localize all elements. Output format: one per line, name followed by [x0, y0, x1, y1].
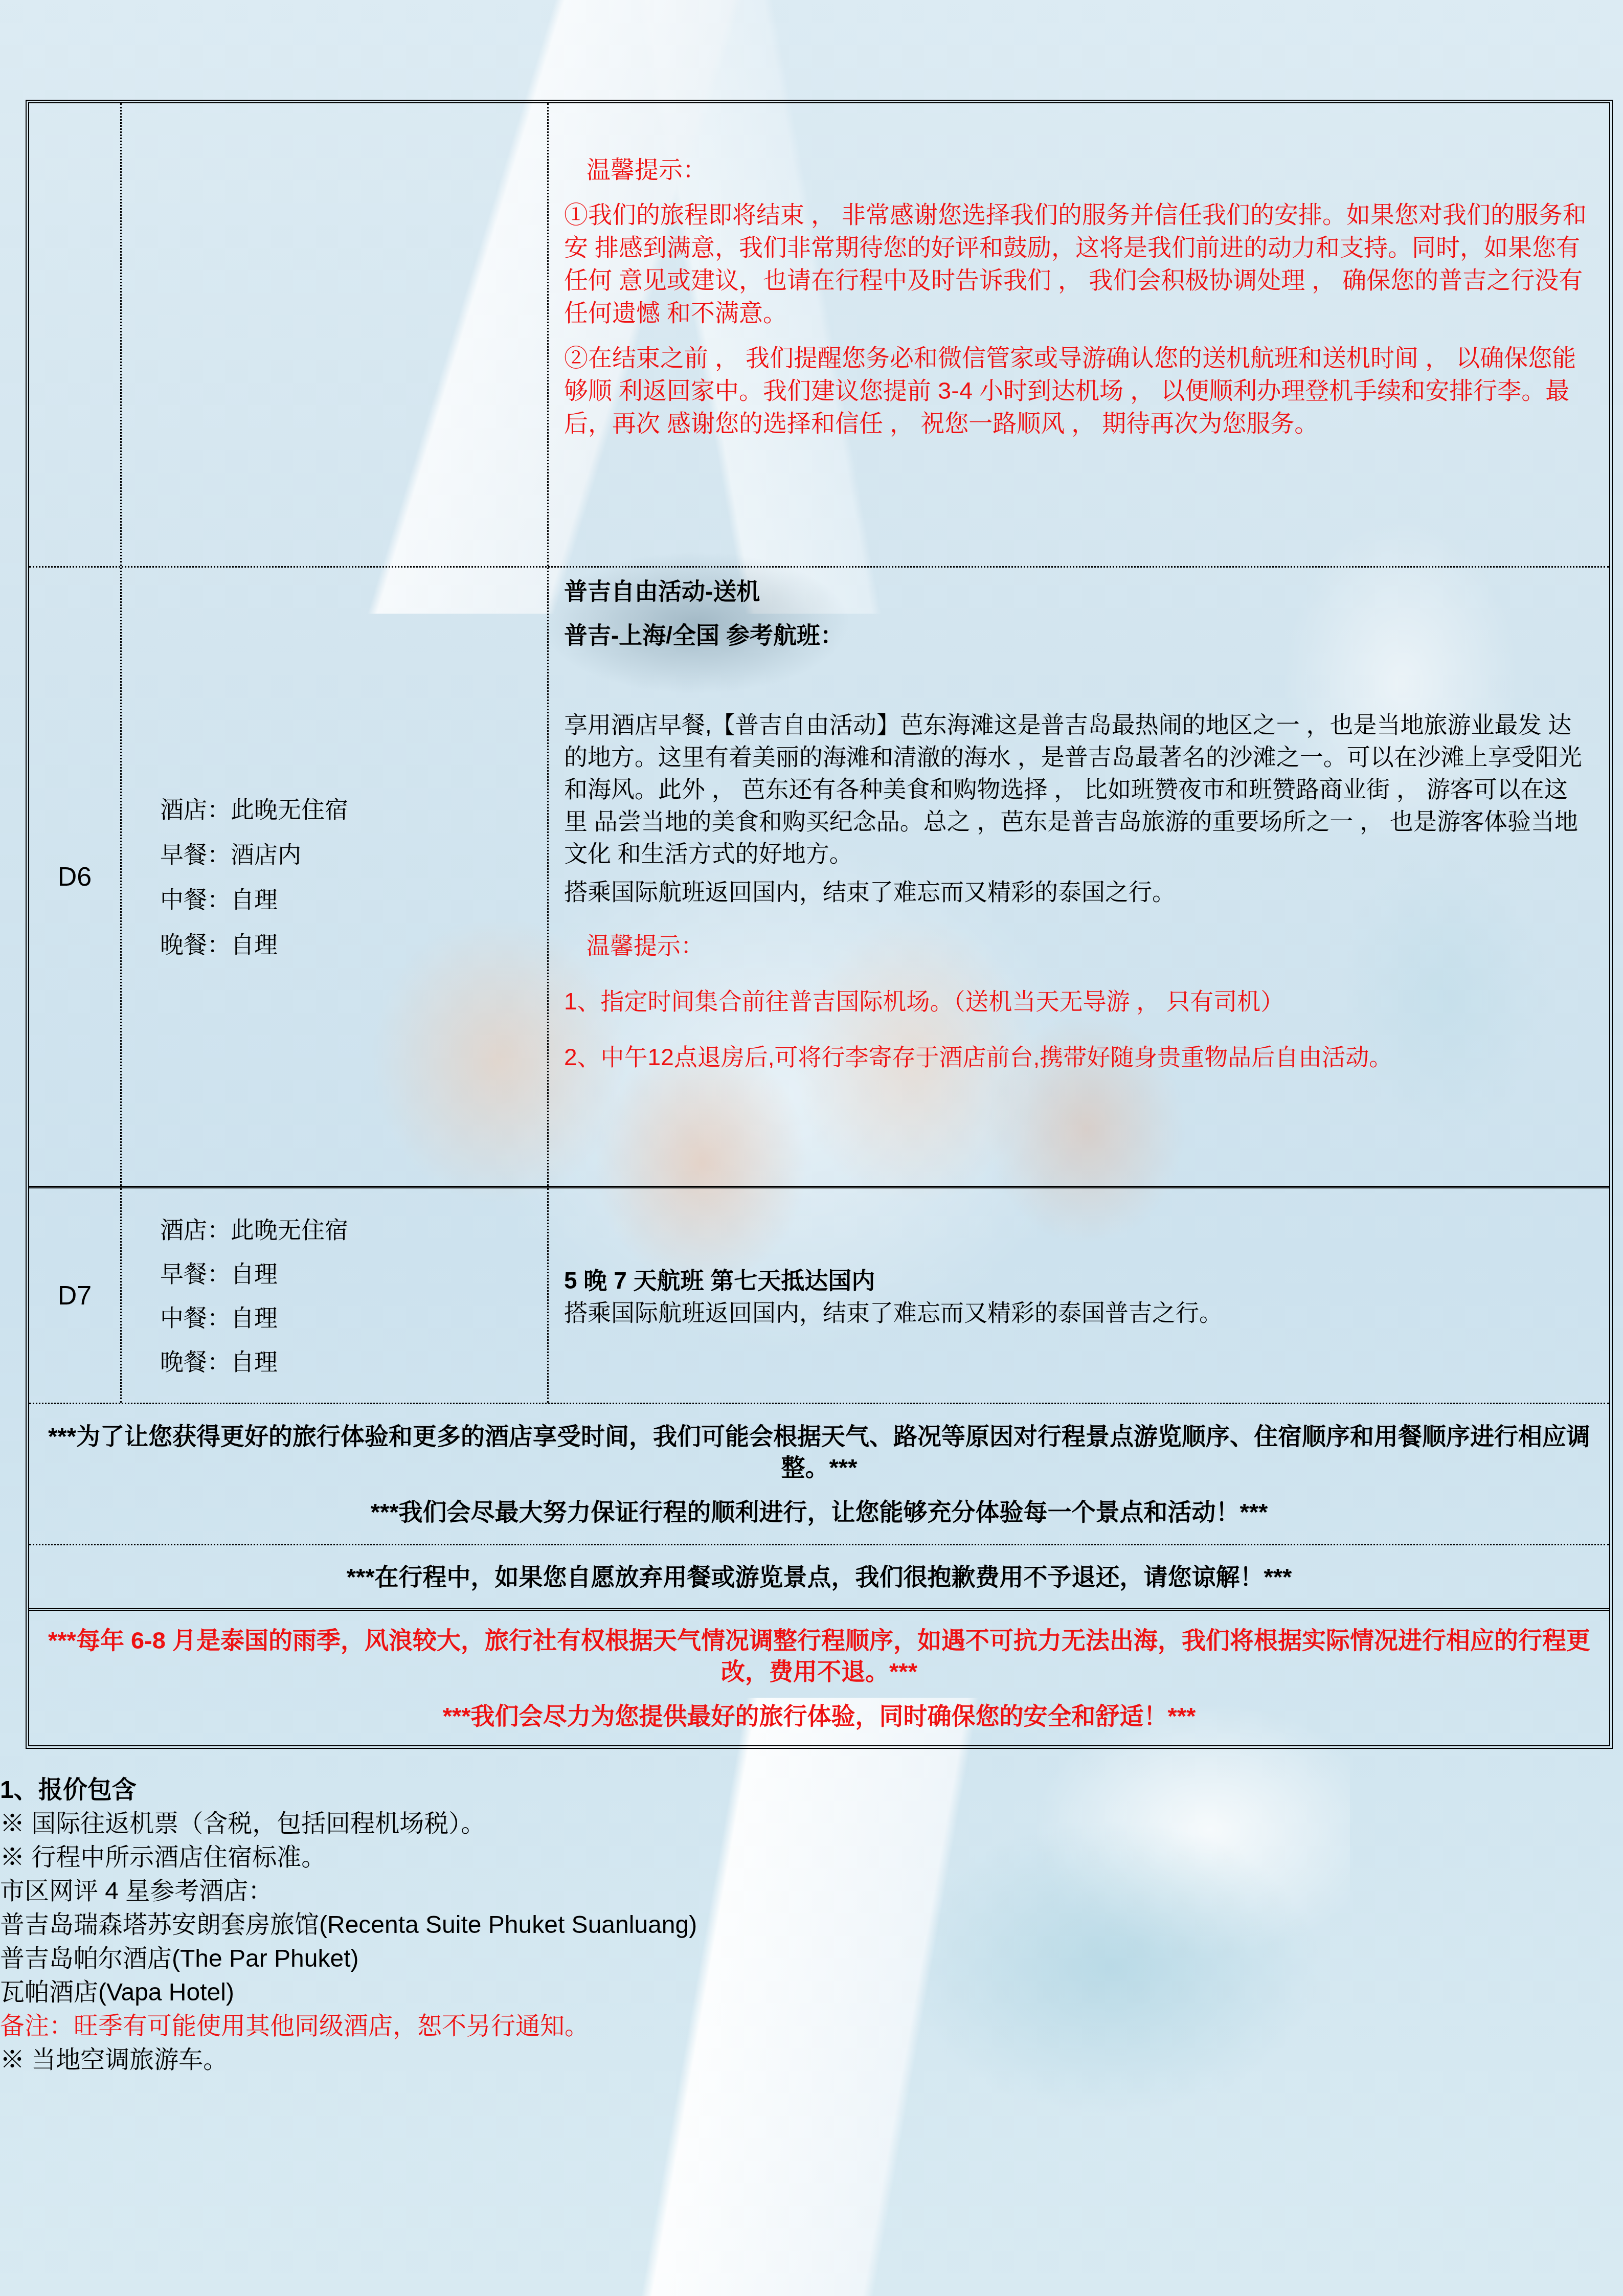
flight-info-blank-space — [564, 651, 1590, 709]
d6-tip-1: 1、指定时间集合前往普吉国际机场。（送机当天无导游 ， 只有司机） — [564, 985, 1590, 1018]
quote-item-bus: ※ 当地空调旅游车。 — [0, 2043, 1623, 2077]
quote-include-section: 1、报价包含 ※ 国际往返机票（含税，包括回程机场税）。 ※ 行程中所示酒店住宿… — [0, 1773, 1623, 2077]
itinerary-table: 温馨提示： ①我们的旅程即将结束 ， 非常感谢您选择我们的服务并信任我们的安排。… — [26, 100, 1613, 1749]
quote-heading: 1、报价包含 — [0, 1773, 1623, 1807]
desc-cell-d6: 普吉自由活动-送机 普吉-上海/全国 参考航班： 享用酒店早餐,【普吉自由活动】… — [549, 568, 1609, 1186]
note-adjust-line1: ***为了让您获得更好的旅行体验和更多的酒店享受时间，我们可能会根据天气、路况等… — [29, 1421, 1609, 1483]
d7-hotel: 酒店：此晚无住宿 — [160, 1208, 547, 1252]
quote-item-flight: ※ 国际往返机票（含税，包括回程机场税）。 — [0, 1807, 1623, 1841]
d6-tip-2: 2、中午12点退房后,可将行李寄存于酒店前台,携带好随身贵重物品后自由活动。 — [564, 1041, 1590, 1073]
hotel-remark-red: 备注：旺季有可能使用其他同级酒店，恕不另行通知。 — [0, 2010, 1623, 2043]
itinerary-page: 温馨提示： ①我们的旅程即将结束 ， 非常感谢您选择我们的服务并信任我们的安排。… — [0, 0, 1623, 2296]
desc-cell-d7: 5 晚 7 天航班 第七天抵达国内 搭乘国际航班返回国内，结束了难忘而又精彩的泰… — [549, 1188, 1609, 1403]
day-cell-empty — [29, 103, 120, 566]
d6-hotel: 酒店：此晚无住宿 — [160, 787, 547, 832]
meals-cell-d7: 酒店：此晚无住宿 早餐：自理 中餐：自理 晚餐：自理 — [120, 1188, 549, 1403]
desc-cell-prev-tips: 温馨提示： ①我们的旅程即将结束 ， 非常感谢您选择我们的服务并信任我们的安排。… — [549, 103, 1609, 566]
quote-item-hotel: ※ 行程中所示酒店住宿标准。 — [0, 1841, 1623, 1875]
warm-tip-1: ①我们的旅程即将结束 ， 非常感谢您选择我们的服务并信任我们的安排。如果您对我们… — [564, 198, 1590, 329]
d6-description: 享用酒店早餐,【普吉自由活动】芭东海滩这是普吉岛最热闹的地区之一 ，也是当地旅游… — [564, 709, 1590, 870]
table-row-note-adjust: ***为了让您获得更好的旅行体验和更多的酒店享受时间，我们可能会根据天气、路况等… — [29, 1403, 1609, 1544]
d7-dinner: 晚餐：自理 — [160, 1340, 547, 1384]
d6-heading-flight: 普吉-上海/全国 参考航班： — [564, 619, 1590, 651]
day-label-d6: D6 — [29, 568, 120, 1186]
d7-heading: 5 晚 7 天航班 第七天抵达国内 — [564, 1264, 1590, 1297]
note-adjust-line2: ***我们会尽最大努力保证行程的顺利进行，让您能够充分体验每一个景点和活动！**… — [29, 1496, 1609, 1527]
d6-return-flight-note: 搭乘国际航班返回国内，结束了难忘而又精彩的泰国之行。 — [564, 876, 1590, 908]
d7-description: 搭乘国际航班返回国内，结束了难忘而又精彩的泰国普吉之行。 — [564, 1297, 1590, 1329]
table-row-d6: D6 酒店：此晚无住宿 早餐：酒店内 中餐：自理 晚餐：自理 普吉自由活动-送机… — [29, 566, 1609, 1186]
hotel-name-2: 普吉岛帕尔酒店(The Par Phuket) — [0, 1942, 1623, 1976]
table-row-prev-day-tips: 温馨提示： ①我们的旅程即将结束 ， 非常感谢您选择我们的服务并信任我们的安排。… — [29, 103, 1609, 566]
d6-tips-title: 温馨提示： — [564, 930, 1590, 962]
note-refund-line: ***在行程中，如果您自愿放弃用餐或游览景点，我们很抱歉费用不予退还，请您谅解！… — [29, 1561, 1609, 1592]
d7-lunch: 中餐：自理 — [160, 1296, 547, 1340]
table-row-note-season: ***每年 6-8 月是泰国的雨季，风浪较大，旅行社有权根据天气情况调整行程顺序… — [29, 1608, 1609, 1745]
note-season-line1: ***每年 6-8 月是泰国的雨季，风浪较大，旅行社有权根据天气情况调整行程顺序… — [29, 1625, 1609, 1687]
day-label-d7: D7 — [29, 1188, 120, 1403]
d6-lunch: 中餐：自理 — [160, 877, 547, 922]
hotel-list-intro: 市区网评 4 星参考酒店： — [0, 1875, 1623, 1908]
table-row-note-refund: ***在行程中，如果您自愿放弃用餐或游览景点，我们很抱歉费用不予退还，请您谅解！… — [29, 1544, 1609, 1608]
d7-breakfast: 早餐：自理 — [160, 1252, 547, 1296]
warm-tip-2: ②在结束之前 ， 我们提醒您务必和微信管家或导游确认您的送机航班和送机时间 ， … — [564, 342, 1590, 440]
meals-cell-d6: 酒店：此晚无住宿 早餐：酒店内 中餐：自理 晚餐：自理 — [120, 568, 549, 1186]
d6-heading-activity: 普吉自由活动-送机 — [564, 575, 1590, 607]
hotel-name-1: 普吉岛瑞森塔苏安朗套房旅馆(Recenta Suite Phuket Suanl… — [0, 1908, 1623, 1942]
note-season-line2: ***我们会尽力为您提供最好的旅行体验，同时确保您的安全和舒适！*** — [29, 1700, 1609, 1731]
d6-dinner: 晚餐：自理 — [160, 922, 547, 967]
warm-tips-title: 温馨提示： — [564, 153, 1590, 186]
d6-breakfast: 早餐：酒店内 — [160, 832, 547, 877]
table-row-d7: D7 酒店：此晚无住宿 早餐：自理 中餐：自理 晚餐：自理 5 晚 7 天航班 … — [29, 1186, 1609, 1403]
meals-cell-empty — [120, 103, 549, 566]
hotel-name-3: 瓦帕酒店(Vapa Hotel) — [0, 1976, 1623, 2010]
